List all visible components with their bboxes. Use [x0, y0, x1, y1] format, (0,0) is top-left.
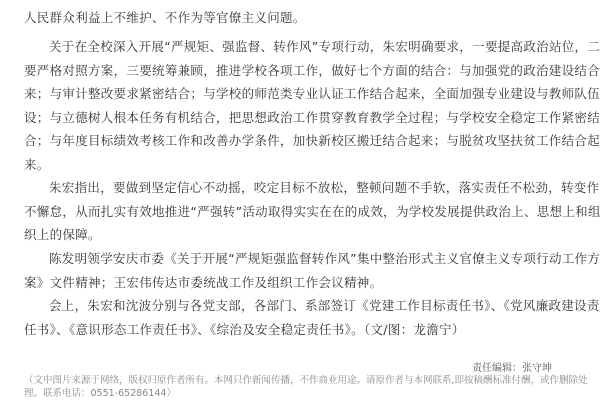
text-line: 朱宏指出，要做到坚定信心不动摇，咬定目标不放松，整顿问题不手软，落实责任不松劲，… — [24, 176, 584, 200]
text-line: 要严格对照方案，三要统筹兼顾，推进学校各项工作，做好七个方面的结合：与加强党的政… — [24, 59, 584, 83]
disclaimer-line: （文中图片来源于网络，版权归原作者所有。本网只作新闻传播，不作商业用途。请原作者… — [24, 374, 544, 387]
text-line: 人民群众利益上不维护、不作为等官僚主义问题。 — [24, 6, 584, 30]
paragraph-requirements: 关于在全校深入开展“严规矩、强监督、转作风”专项行动，朱宏明确要求，一要提高政治… — [24, 35, 584, 176]
text-line: 来。 — [24, 153, 584, 177]
paragraph-signing: 会上，朱宏和沈波分别与各党支部，各部门、系部签订《党建工作目标责任书》、《党风廉… — [24, 294, 584, 341]
copyright-disclaimer: （文中图片来源于网络，版权归原作者所有。本网只作新闻传播，不作商业用途。请原作者… — [24, 374, 544, 400]
paragraph-study: 陈发明领学安庆市委《关于开展“严规矩强监督转作风”集中整治形式主义官僚主义专项行… — [24, 247, 584, 294]
text-line: 关于在全校深入开展“严规矩、强监督、转作风”专项行动，朱宏明确要求，一要提高政治… — [24, 35, 584, 59]
paragraph-points: 朱宏指出，要做到坚定信心不动摇，咬定目标不放松，整顿问题不手软，落实责任不松劲，… — [24, 176, 584, 247]
text-line: 设；与立德树人根本任务有机结合，把思想政治工作贯穿教育教学全过程；与学校安全稳定… — [24, 106, 584, 130]
text-line: 案》文件精神；王宏伟传达市委统战工作及组织工作会议精神。 — [24, 271, 584, 295]
paragraph-intro: 人民群众利益上不维护、不作为等官僚主义问题。 — [24, 6, 584, 30]
text-line: 来；与审计整改要求紧密结合；与学校的师范类专业认证工作结合起来，全面加强专业建设… — [24, 82, 584, 106]
text-line: 合；与年度目标绩效考核工作和改善办学条件，加快新校区搬迁结合起来；与脱贫攻坚扶贫… — [24, 129, 584, 153]
responsible-editor: 责任编辑：张守坤 — [472, 359, 552, 374]
text-line: 织上的保障。 — [24, 223, 584, 247]
text-line: 任书》、《意识形态工作责任书》、《综治及安全稳定责任书》。（文/图：龙澹宁） — [24, 318, 584, 342]
text-line: 不懈怠，从而扎实有效地推进“严强转”活动取得实实在在的成效，为学校发展提供政治上… — [24, 200, 584, 224]
text-line: 会上，朱宏和沈波分别与各党支部，各部门、系部签订《党建工作目标责任书》、《党风廉… — [24, 294, 584, 318]
disclaimer-line: 理。联系电话：0551-65286144） — [24, 387, 544, 400]
text-line: 陈发明领学安庆市委《关于开展“严规矩强监督转作风”集中整治形式主义官僚主义专项行… — [24, 247, 584, 271]
